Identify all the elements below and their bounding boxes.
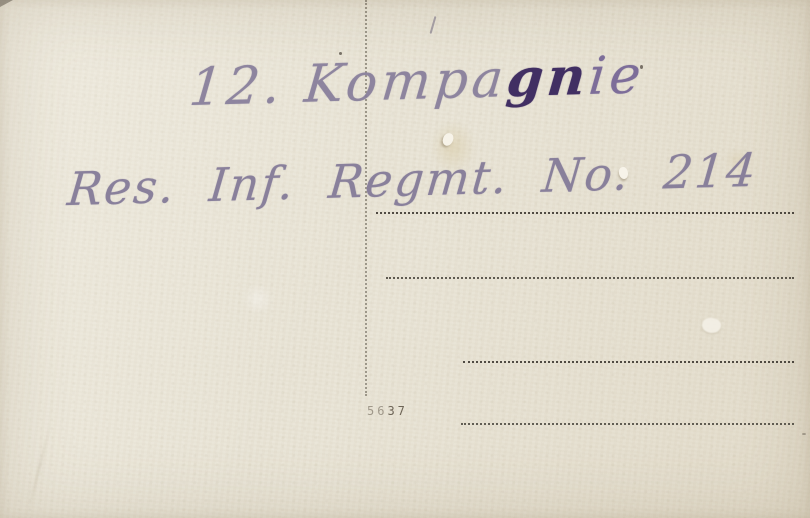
printed-serial-number: 5637 [367, 404, 408, 418]
address-dotted-line-1 [376, 212, 794, 214]
paper-speck [339, 52, 342, 55]
handwriting-segment-ink-overwrite: gn [504, 46, 592, 109]
paper-stain [241, 282, 275, 316]
handwriting-company-line: 12. Kompagnie [187, 49, 647, 114]
paper-chip [701, 316, 722, 334]
paper-speck [802, 433, 806, 435]
paper-chip [441, 132, 455, 148]
address-dotted-line-4 [461, 423, 794, 425]
address-dotted-line-3 [463, 361, 794, 363]
paper-edge-wedge [0, 0, 13, 7]
postcard-back: 12. Kompagnie Res. Inf. Regmt. No. 214 5… [0, 0, 810, 518]
handwriting-segment: 12. Komp [187, 50, 475, 118]
handwriting-segment: a [469, 49, 510, 110]
paper-crease [26, 421, 52, 517]
paper-speck [640, 65, 643, 69]
serial-digits-faded: 56 [367, 404, 387, 418]
serial-digits-dark: 37 [387, 404, 407, 418]
address-dotted-line-2 [386, 277, 794, 279]
stray-pencil-mark [430, 16, 437, 34]
handwriting-segment: ie [586, 45, 647, 107]
handwriting-regiment-line: Res. Inf. Regmt. No. 214 [66, 147, 760, 212]
